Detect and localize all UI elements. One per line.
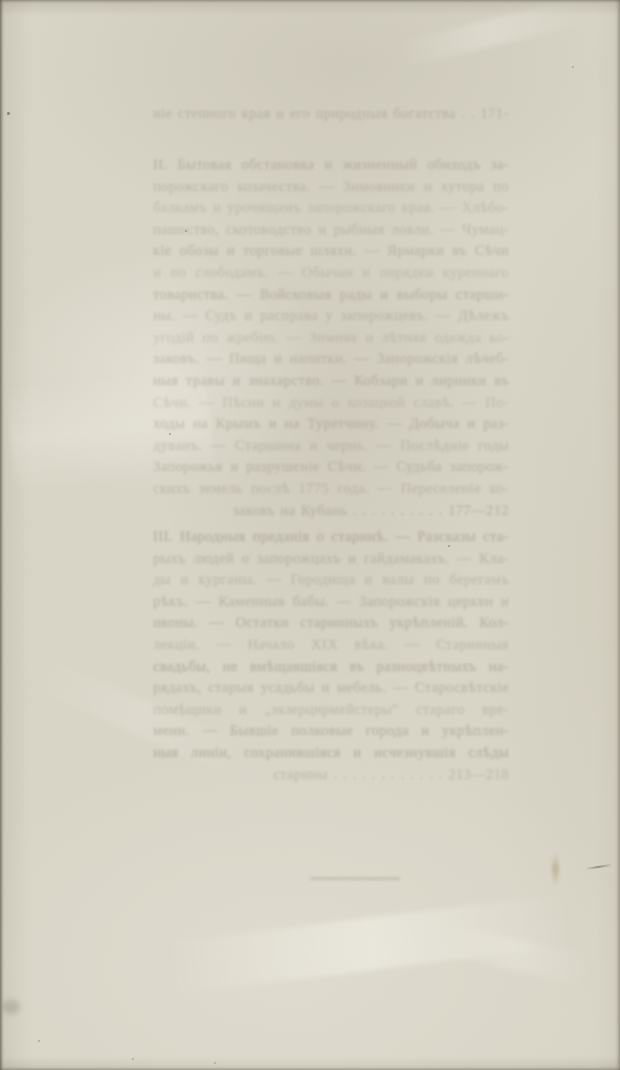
ghost-text-line: порожскаго козачества. — Зимовники и хут… [153,177,509,199]
ghost-text-line: дуванъ. — Старшина и чернь. — Послѣдніе … [153,436,509,458]
ghost-text-line: балкамъ и урочищамъ запорожскаго края. —… [153,198,509,220]
corner-blot [2,1000,20,1014]
paper-speck [38,1040,40,1042]
ghost-text-line: ніе степного края и его природныя богатс… [153,104,509,126]
ghost-text-line: заковъ. — Пища и напитки. — Запорожскія … [153,349,509,371]
ghost-text-line: старины . . . . . . . . . . . . 213—218 [153,765,509,787]
ghost-text-line: угодій по жребію. — Зимняя и лѣтняя одеж… [153,328,509,350]
ghost-paragraph-2: III. Народныя преданія о старинѣ. — Разс… [153,527,509,786]
ghost-text-line: рѣкъ. — Каменныя бабы. — Запорожскія цер… [153,592,509,614]
ghost-text-line: ныя линіи, сохранившіяся и исчезнувшія с… [153,743,509,765]
ghost-text-line: лекціи. — Начало XIX вѣка. — Старинныя [153,635,509,657]
paper-crease [168,894,571,994]
ghost-text-line: ныя травы и знахарство. — Кобзари и лирн… [153,371,509,393]
ghost-text-line: ходы на Крымъ и на Туретчину. — Добыча и… [153,414,509,436]
ghost-heading-line: ніе степного края и его природныя богатс… [153,104,509,126]
ghost-text-line: кіе обозы и торговые шляхи. — Ярмарки въ… [153,241,509,263]
ghost-text-line: помѣщики и „экзерцирмейстеры" стараго вр… [153,700,509,722]
ghost-text-line: товариства. — Войсковыя рады и выборы ст… [153,285,509,307]
ghost-text-line: скихъ земель послѣ 1775 года. — Переселе… [153,479,509,501]
ghost-text-line: иконы. — Остатки старинныхъ укрѣпленій. … [153,613,509,635]
ghost-text-line: ды и курганы. — Городища и валы по берег… [153,570,509,592]
ghost-text-line: Сѣчи. — Пѣсни и думы о козацкой славѣ. —… [153,393,509,415]
rust-stain [552,852,559,886]
ghost-text-line: пашество, скотоводство и рыбныя ловли. —… [153,220,509,242]
paper-speck [7,112,10,115]
ghost-paragraph-1: II. Бытовая обстановка и жизненный обихо… [153,155,509,522]
paper-speck [214,1062,216,1064]
scanned-page: ніе степного края и его природныя богатс… [0,0,620,1070]
ghost-text-line: заковъ на Кубань . . . . . . . . . . 177… [153,501,509,523]
ghost-text-line: II. Бытовая обстановка и жизненный обихо… [153,155,509,177]
ghost-text-line: рядахъ, старыя усадьбы и мебель. — Старо… [153,678,509,700]
ghost-text-line: ны. — Судъ и расправа у запорожцевъ. — Д… [153,306,509,328]
ghost-text-line: свадьбы, не вмѣщавшіяся въ разноцвѣтныхъ… [153,657,509,679]
ghost-text-line: Запорожья и разрушеніе Сѣчи. — Судьба за… [153,457,509,479]
ghost-text-line: и по слободамъ. — Обычаи и порядки курен… [153,263,509,285]
ghost-text-line: рыхъ людей о запорожцахъ и гайдамакахъ. … [153,549,509,571]
scratch-mark [585,864,611,870]
ink-smudge [310,877,400,880]
paper-crease [395,0,586,69]
paper-speck [572,66,574,68]
paper-crease [439,925,592,986]
paper-speck [132,1058,134,1060]
ghost-text-line: III. Народныя преданія о старинѣ. — Разс… [153,527,509,549]
ghost-text-line: мени. — Бывшіе полковые города и укрѣпле… [153,721,509,743]
